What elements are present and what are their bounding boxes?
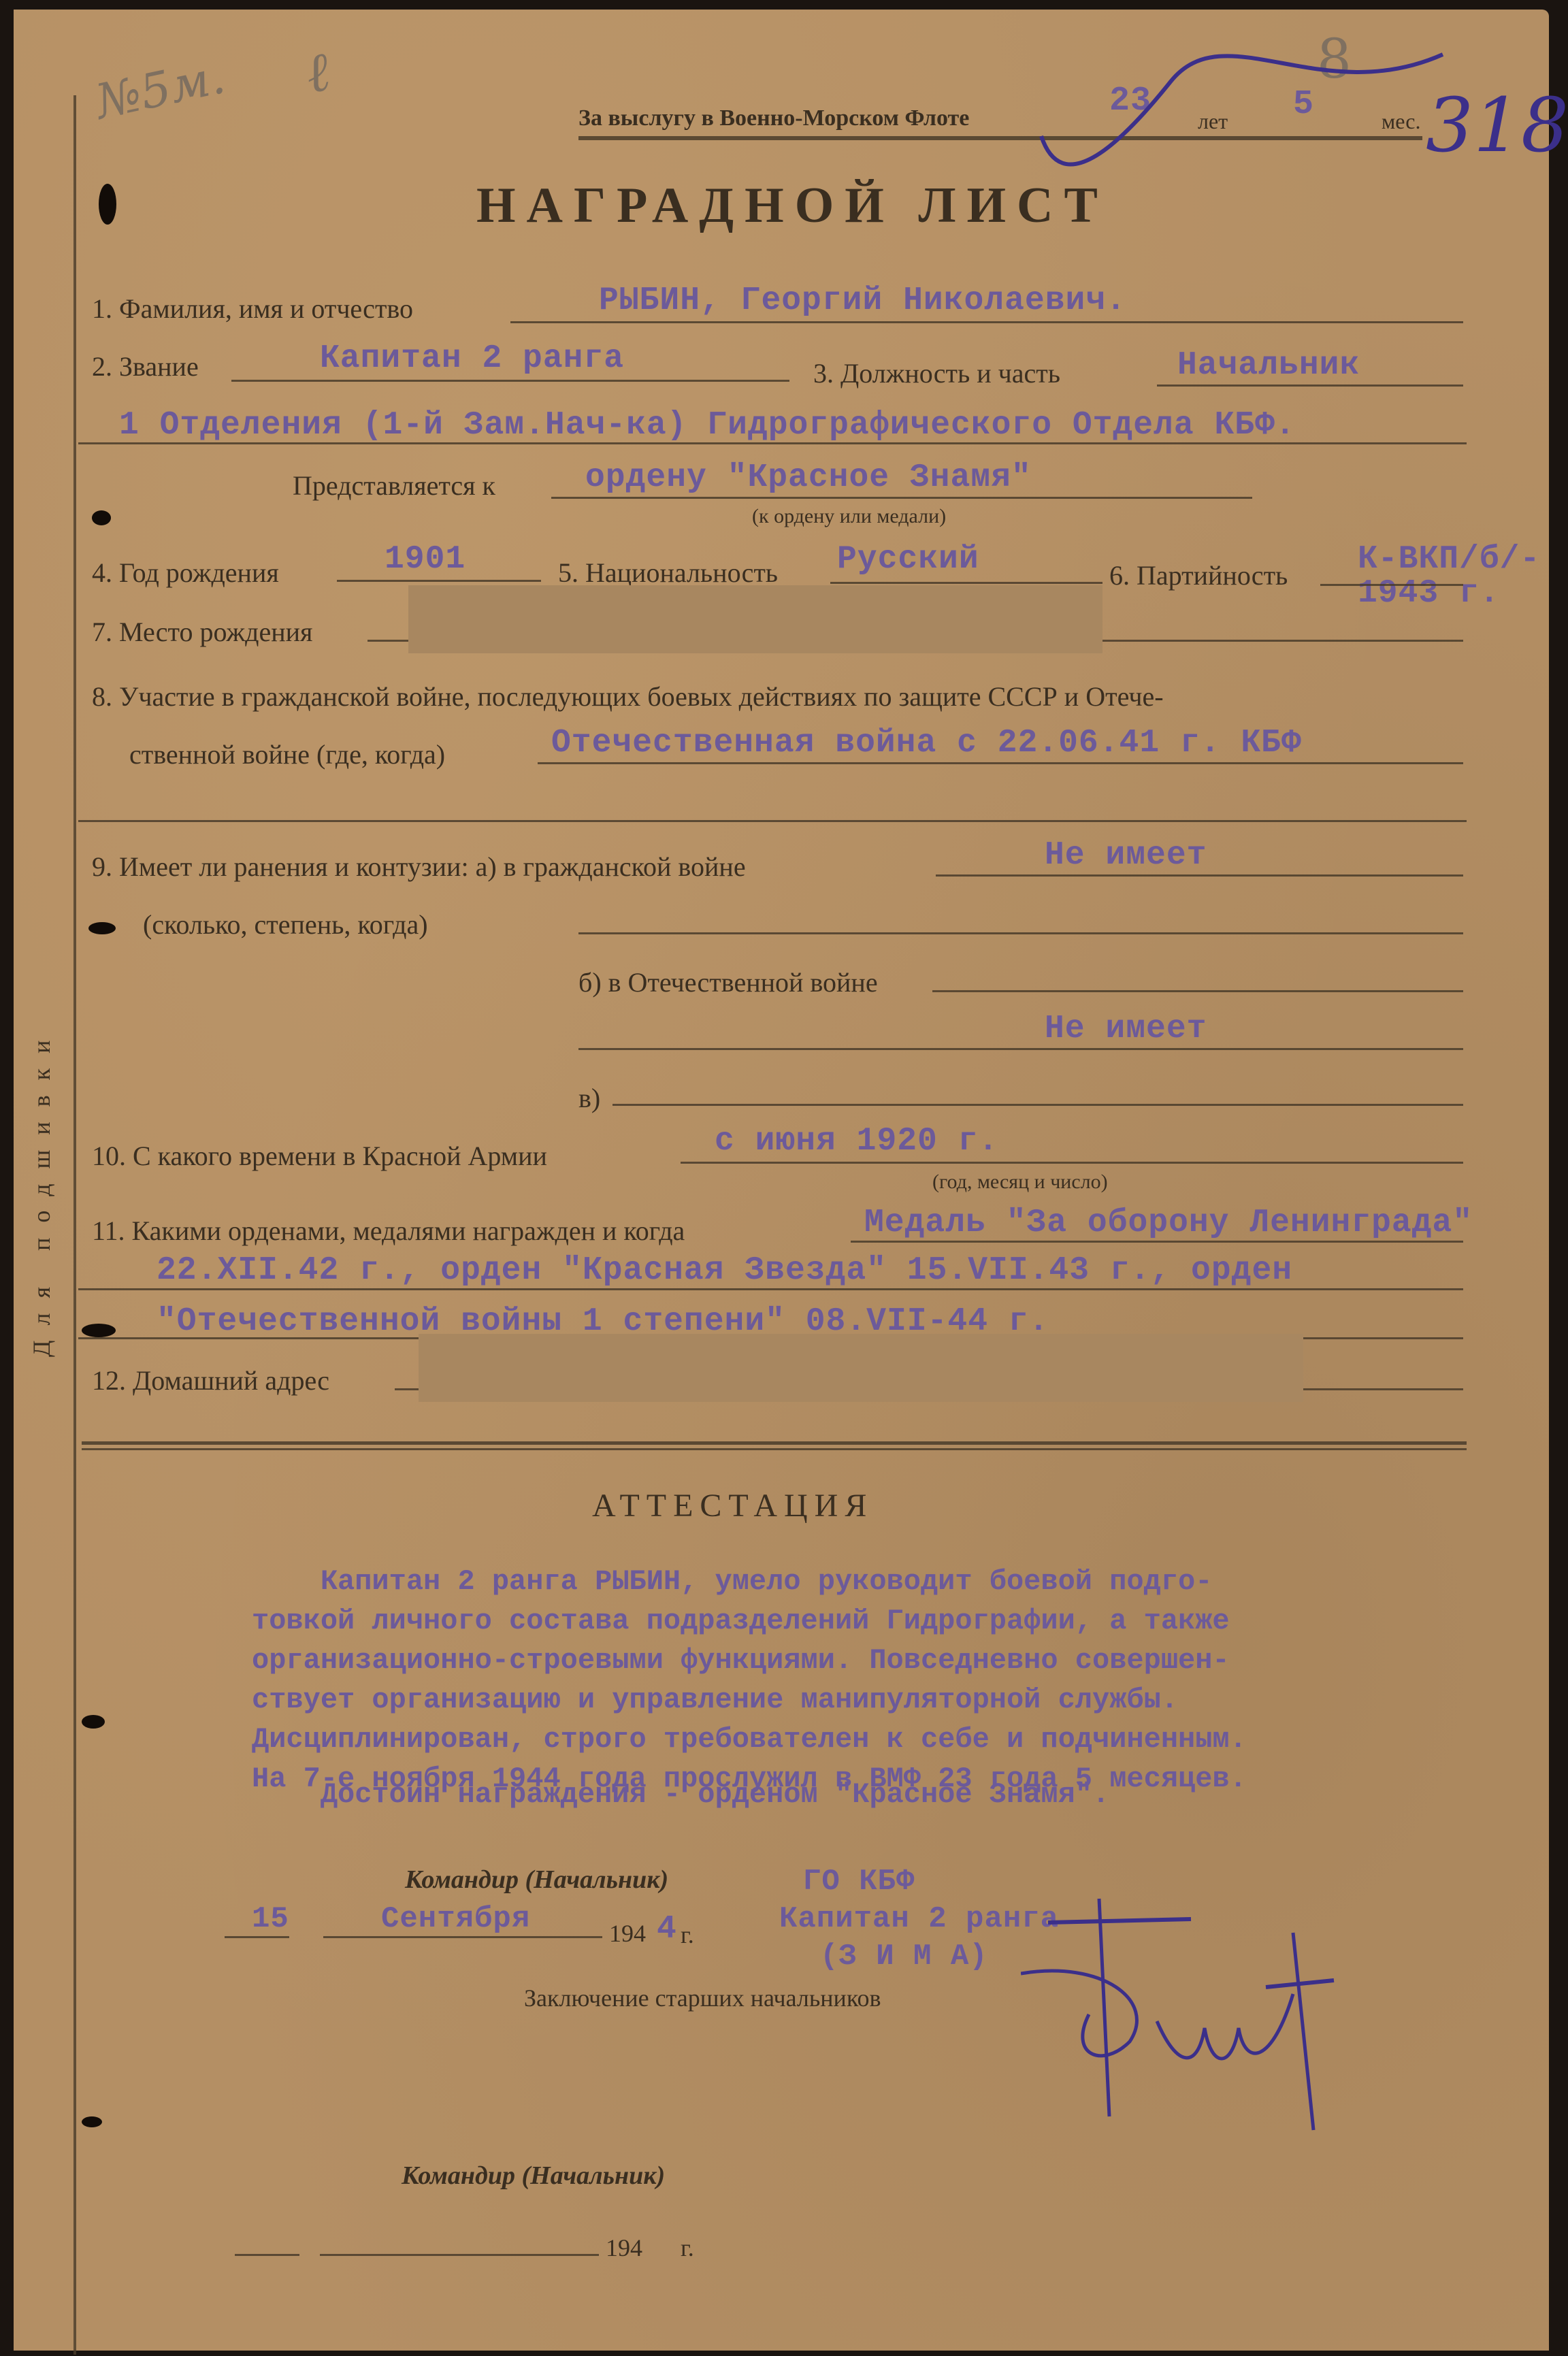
redacted-birthplace xyxy=(408,585,1102,653)
presented-label: Представляется к xyxy=(293,470,495,502)
date-month: Сентября xyxy=(381,1902,530,1936)
field-12-label: 12. Домашний адрес xyxy=(92,1364,329,1396)
field-11-line xyxy=(851,1241,1463,1243)
paper-tear xyxy=(92,510,111,525)
signer-rank: Капитан 2 ранга xyxy=(779,1902,1059,1936)
field-8-extra-line xyxy=(78,820,1467,822)
field-11-value-line2: 22.XII.42 г., орден "Красная Звезда" 15.… xyxy=(157,1252,1292,1289)
field-10-hint: (год, месяц и число) xyxy=(932,1171,1108,1194)
page-title: НАГРАДНОЙ ЛИСТ xyxy=(476,177,1109,235)
paper-tear xyxy=(99,184,116,225)
senior-conclusion-label: Заключение старших начальников xyxy=(524,1984,881,2012)
field-8-label-line1: 8. Участие в гражданской войне, последую… xyxy=(92,681,1164,713)
service-label: За выслугу в Военно-Морском Флоте xyxy=(578,105,969,131)
field-10-line xyxy=(681,1162,1463,1164)
paper-tear xyxy=(88,922,116,934)
field-11-label: 11. Какими орденами, медалями награжден … xyxy=(92,1215,685,1247)
attestation-conclusion: Достоин награждения - орденом "Красное З… xyxy=(252,1775,1109,1814)
field-9v-label: в) xyxy=(578,1082,600,1114)
field-9a-value: Не имеет xyxy=(1045,837,1207,874)
field-1-value: РЫБИН, Георгий Николаевич. xyxy=(599,282,1126,319)
binding-margin-label: Для подшивки xyxy=(27,953,68,1429)
service-header: За выслугу в Военно-Морском Флоте xyxy=(578,105,969,131)
binding-margin-line xyxy=(73,95,76,2355)
field-5-value: Русский xyxy=(837,541,979,578)
senior-commander-label: Командир (Начальник) xyxy=(402,2161,665,2191)
attestation-title: АТТЕСТАЦИЯ xyxy=(592,1487,873,1524)
field-5-label: 5. Национальность xyxy=(558,557,778,589)
field-8-line xyxy=(538,762,1463,764)
senior-date-year-prefix: 194 xyxy=(606,2234,642,2262)
field-9b-line xyxy=(932,990,1463,992)
date-year-prefix: 194 xyxy=(609,1919,646,1948)
field-11-line-2 xyxy=(78,1288,1463,1290)
date-month-line xyxy=(323,1936,602,1938)
field-9a-line xyxy=(936,874,1463,877)
field-3-cont-line xyxy=(78,442,1467,444)
attestation-body: Капитан 2 ранга РЫБИН, умело руководит б… xyxy=(252,1562,1247,1799)
field-9b-value-line xyxy=(578,1048,1463,1050)
redacted-home-address xyxy=(419,1334,1303,1402)
field-4-value: 1901 xyxy=(385,541,465,578)
field-6-line xyxy=(1320,584,1463,586)
field-6-label: 6. Партийность xyxy=(1109,559,1288,591)
field-2-line xyxy=(231,380,789,382)
date-year-suffix: г. xyxy=(681,1920,694,1949)
field-10-label: 10. С какого времени в Красной Армии xyxy=(92,1140,547,1172)
field-8-label-line2: ственной войне (где, когда) xyxy=(129,738,445,770)
paper-tear xyxy=(82,2116,102,2127)
commander-label: Командир (Начальник) xyxy=(405,1865,668,1895)
signer-name: (З И М А) xyxy=(820,1940,988,1974)
section-separator xyxy=(82,1441,1467,1445)
field-1-label: 1. Фамилия, имя и отчество xyxy=(92,293,413,325)
field-3-value-cont: 1 Отделения (1-й Зам.Нач-ка) Гидрографич… xyxy=(119,407,1296,444)
field-11-value-line1: Медаль "За оборону Ленинграда" xyxy=(864,1205,1473,1241)
senior-date-day-line xyxy=(235,2254,299,2256)
paper-tear xyxy=(82,1324,116,1337)
field-4-label: 4. Год рождения xyxy=(92,557,279,589)
field-3-line xyxy=(1157,385,1463,387)
field-4-line xyxy=(337,580,541,582)
field-6-value-cont: 1943 г. xyxy=(1358,575,1500,612)
field-9b-label: б) в Отечественной войне xyxy=(578,966,878,998)
field-10-value: с июня 1920 г. xyxy=(715,1123,998,1160)
paper-tear xyxy=(82,1715,105,1729)
presented-hint: (к ордену или медали) xyxy=(752,505,946,528)
field-3-label: 3. Должность и часть xyxy=(813,357,1060,389)
field-5-line xyxy=(830,582,1102,584)
field-9-label: 9. Имеет ли ранения и контузии: а) в гра… xyxy=(92,851,746,883)
signature xyxy=(1021,1892,1463,2137)
field-2-value: Капитан 2 ранга xyxy=(320,340,624,377)
ink-flourish xyxy=(1034,41,1470,177)
date-day: 15 xyxy=(252,1902,289,1936)
field-9v-line xyxy=(612,1104,1463,1106)
section-separator xyxy=(82,1448,1467,1450)
presented-value: ордену "Красное Знамя" xyxy=(585,459,1032,496)
signer-unit: ГО КБФ xyxy=(803,1865,915,1899)
field-2-label: 2. Звание xyxy=(92,350,199,382)
field-3-value: Начальник xyxy=(1177,347,1360,384)
senior-date-year-suffix: г. xyxy=(681,2234,694,2262)
field-8-value: Отечественная война с 22.06.41 г. КБФ xyxy=(551,725,1302,762)
date-day-line xyxy=(225,1936,289,1938)
presented-line xyxy=(551,497,1252,499)
date-year-digit: 4 xyxy=(657,1911,677,1948)
field-6-value: К-ВКП/б/- xyxy=(1358,541,1540,578)
field-9b-value: Не имеет xyxy=(1045,1011,1207,1047)
field-9-line-2 xyxy=(578,932,1463,934)
field-7-label: 7. Место рождения xyxy=(92,616,312,648)
field-9-sublabel: (сколько, степень, когда) xyxy=(143,909,428,940)
senior-date-month-line xyxy=(320,2254,599,2256)
field-1-line xyxy=(510,321,1463,323)
